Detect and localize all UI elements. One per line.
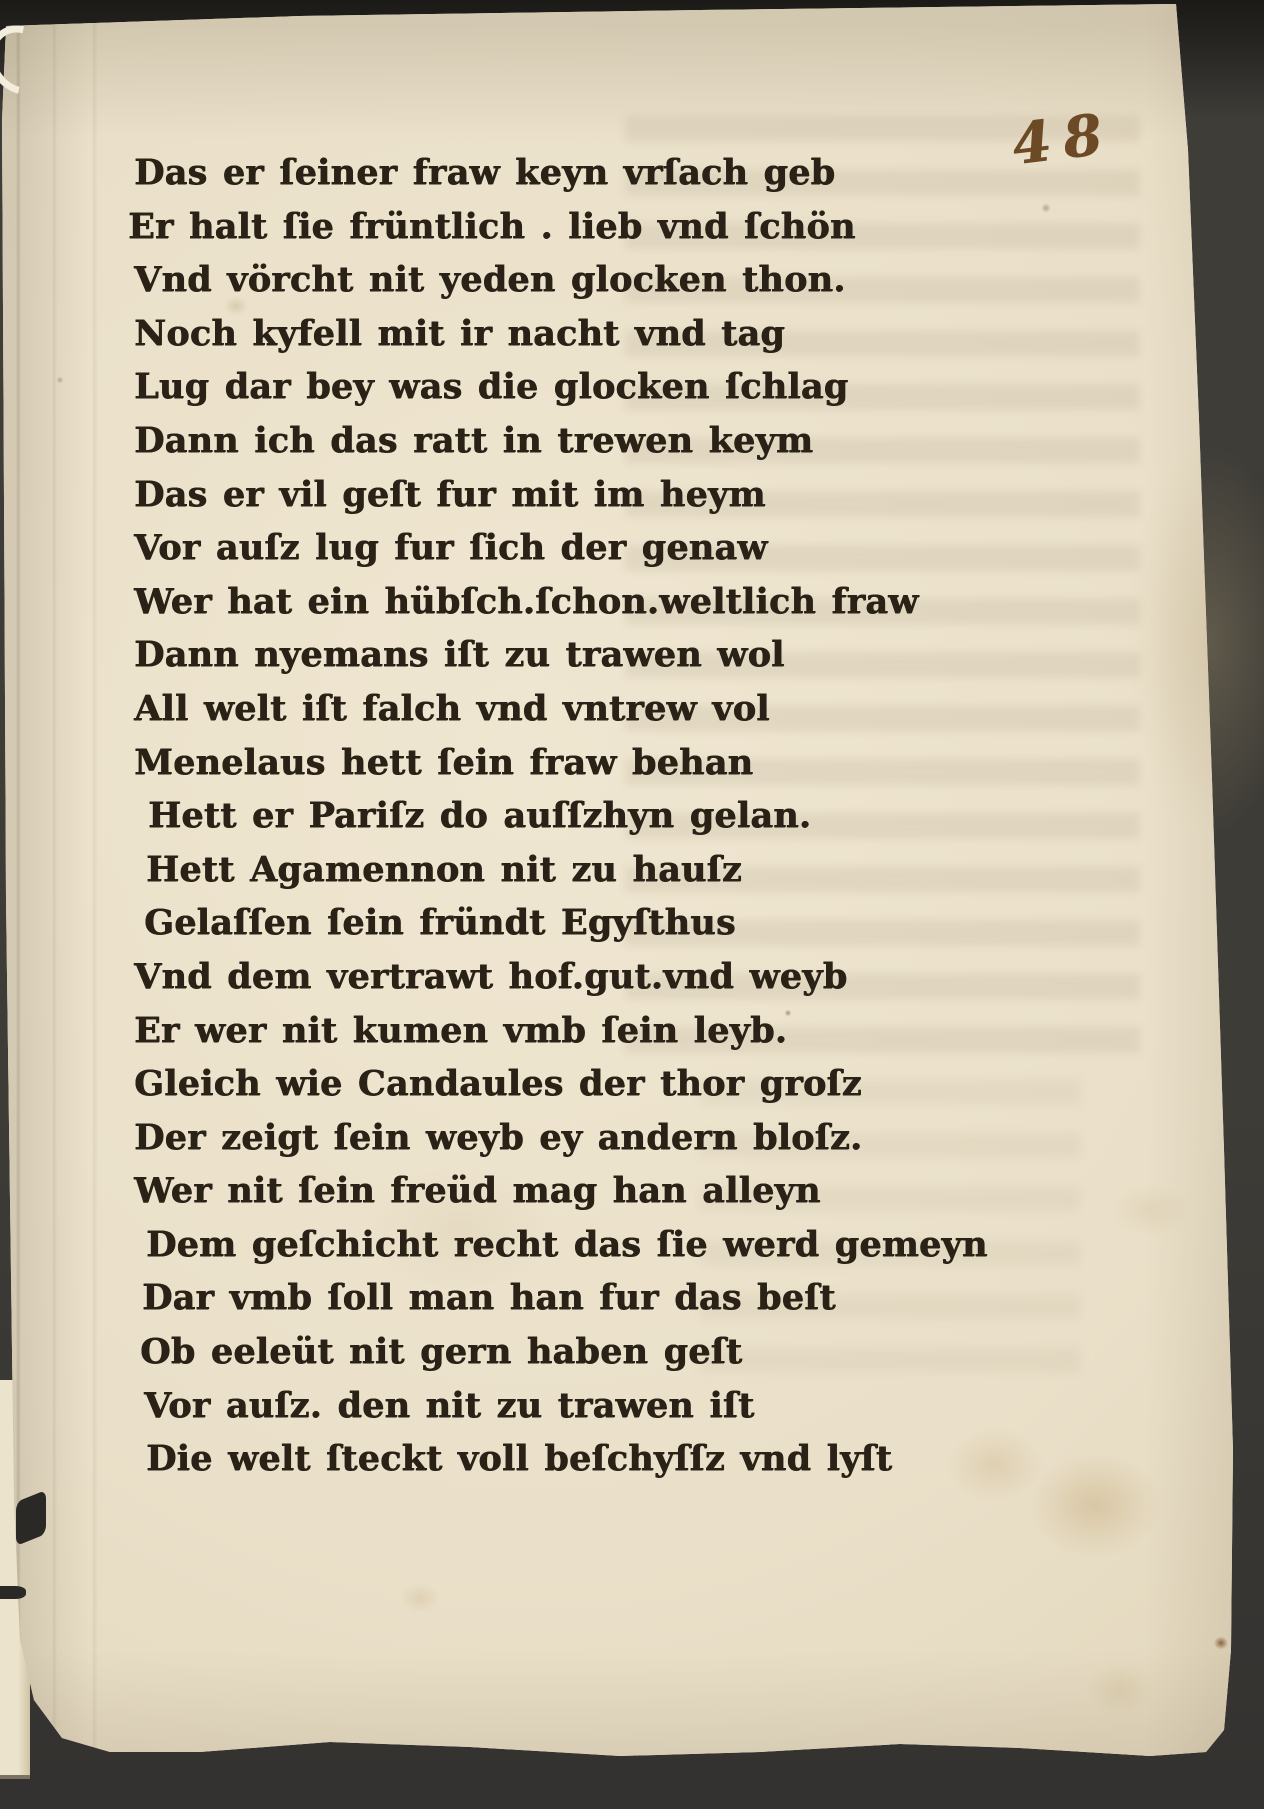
poem-text: Das er ſeiner fraw keyn vrſach gebEr hal… (134, 146, 994, 1486)
poem-line: Dann ich das ratt in trewen keym (134, 414, 994, 468)
poem-line: Vor auſz lug fur ſich der genaw (134, 521, 994, 575)
poem-line: Dann nyemans iſt zu trawen wol (134, 628, 994, 682)
poem-line: Hett er Pariſz do auſſzhyn gelan. (148, 789, 994, 843)
poem-line: Wer nit ſein freüd mag han alleyn (134, 1164, 994, 1218)
poem-line: Dar vmb ſoll man han fur das beſt (142, 1271, 994, 1325)
poem-line: Das er vil geſt fur mit im heym (134, 468, 994, 522)
poem-line: Dem geſchicht recht das ſie werd gemeyn (146, 1218, 994, 1272)
poem-line: Er wer nit kumen vmb ſein leyb. (134, 1004, 994, 1058)
poem-line: Er halt ſie früntlich . lieb vnd ſchön (128, 200, 994, 254)
poem-line: Die welt ſteckt voll beſchyſſz vnd lyſt (146, 1432, 994, 1486)
poem-line: Das er ſeiner fraw keyn vrſach geb (134, 146, 994, 200)
poem-line: Hett Agamennon nit zu hauſz (146, 843, 994, 897)
poem-line: Vnd dem vertrawt hof.gut.vnd weyb (134, 950, 994, 1004)
poem-line: Lug dar bey was die glocken ſchlag (134, 360, 994, 414)
poem-line: Der zeigt ſein weyb ey andern bloſz. (134, 1111, 994, 1165)
book-scan: 48 Das er ſeiner fraw keyn vrſach gebEr … (0, 0, 1264, 1809)
poem-line: All welt iſt falch vnd vntrew vol (134, 682, 994, 736)
poem-line: Vor auſz. den nit zu trawen iſt (144, 1379, 994, 1433)
poem-line: Wer hat ein hübſch.ſchon.weltlich fraw (134, 575, 994, 629)
poem-line: Gleich wie Candaules der thor groſz (134, 1057, 994, 1111)
folio-number: 48 (1008, 100, 1117, 178)
poem-line: Vnd vörcht nit yeden glocken thon. (134, 253, 994, 307)
page-edge-tear (0, 1586, 26, 1599)
poem-line: Menelaus hett ſein fraw behan (134, 736, 994, 790)
poem-line: Ob eeleüt nit gern haben geſt (140, 1325, 994, 1379)
poem-line: Noch kyfell mit ir nacht vnd tag (134, 307, 994, 361)
poem-line: Gelaſſen ſein fründt Egyſthus (144, 896, 994, 950)
